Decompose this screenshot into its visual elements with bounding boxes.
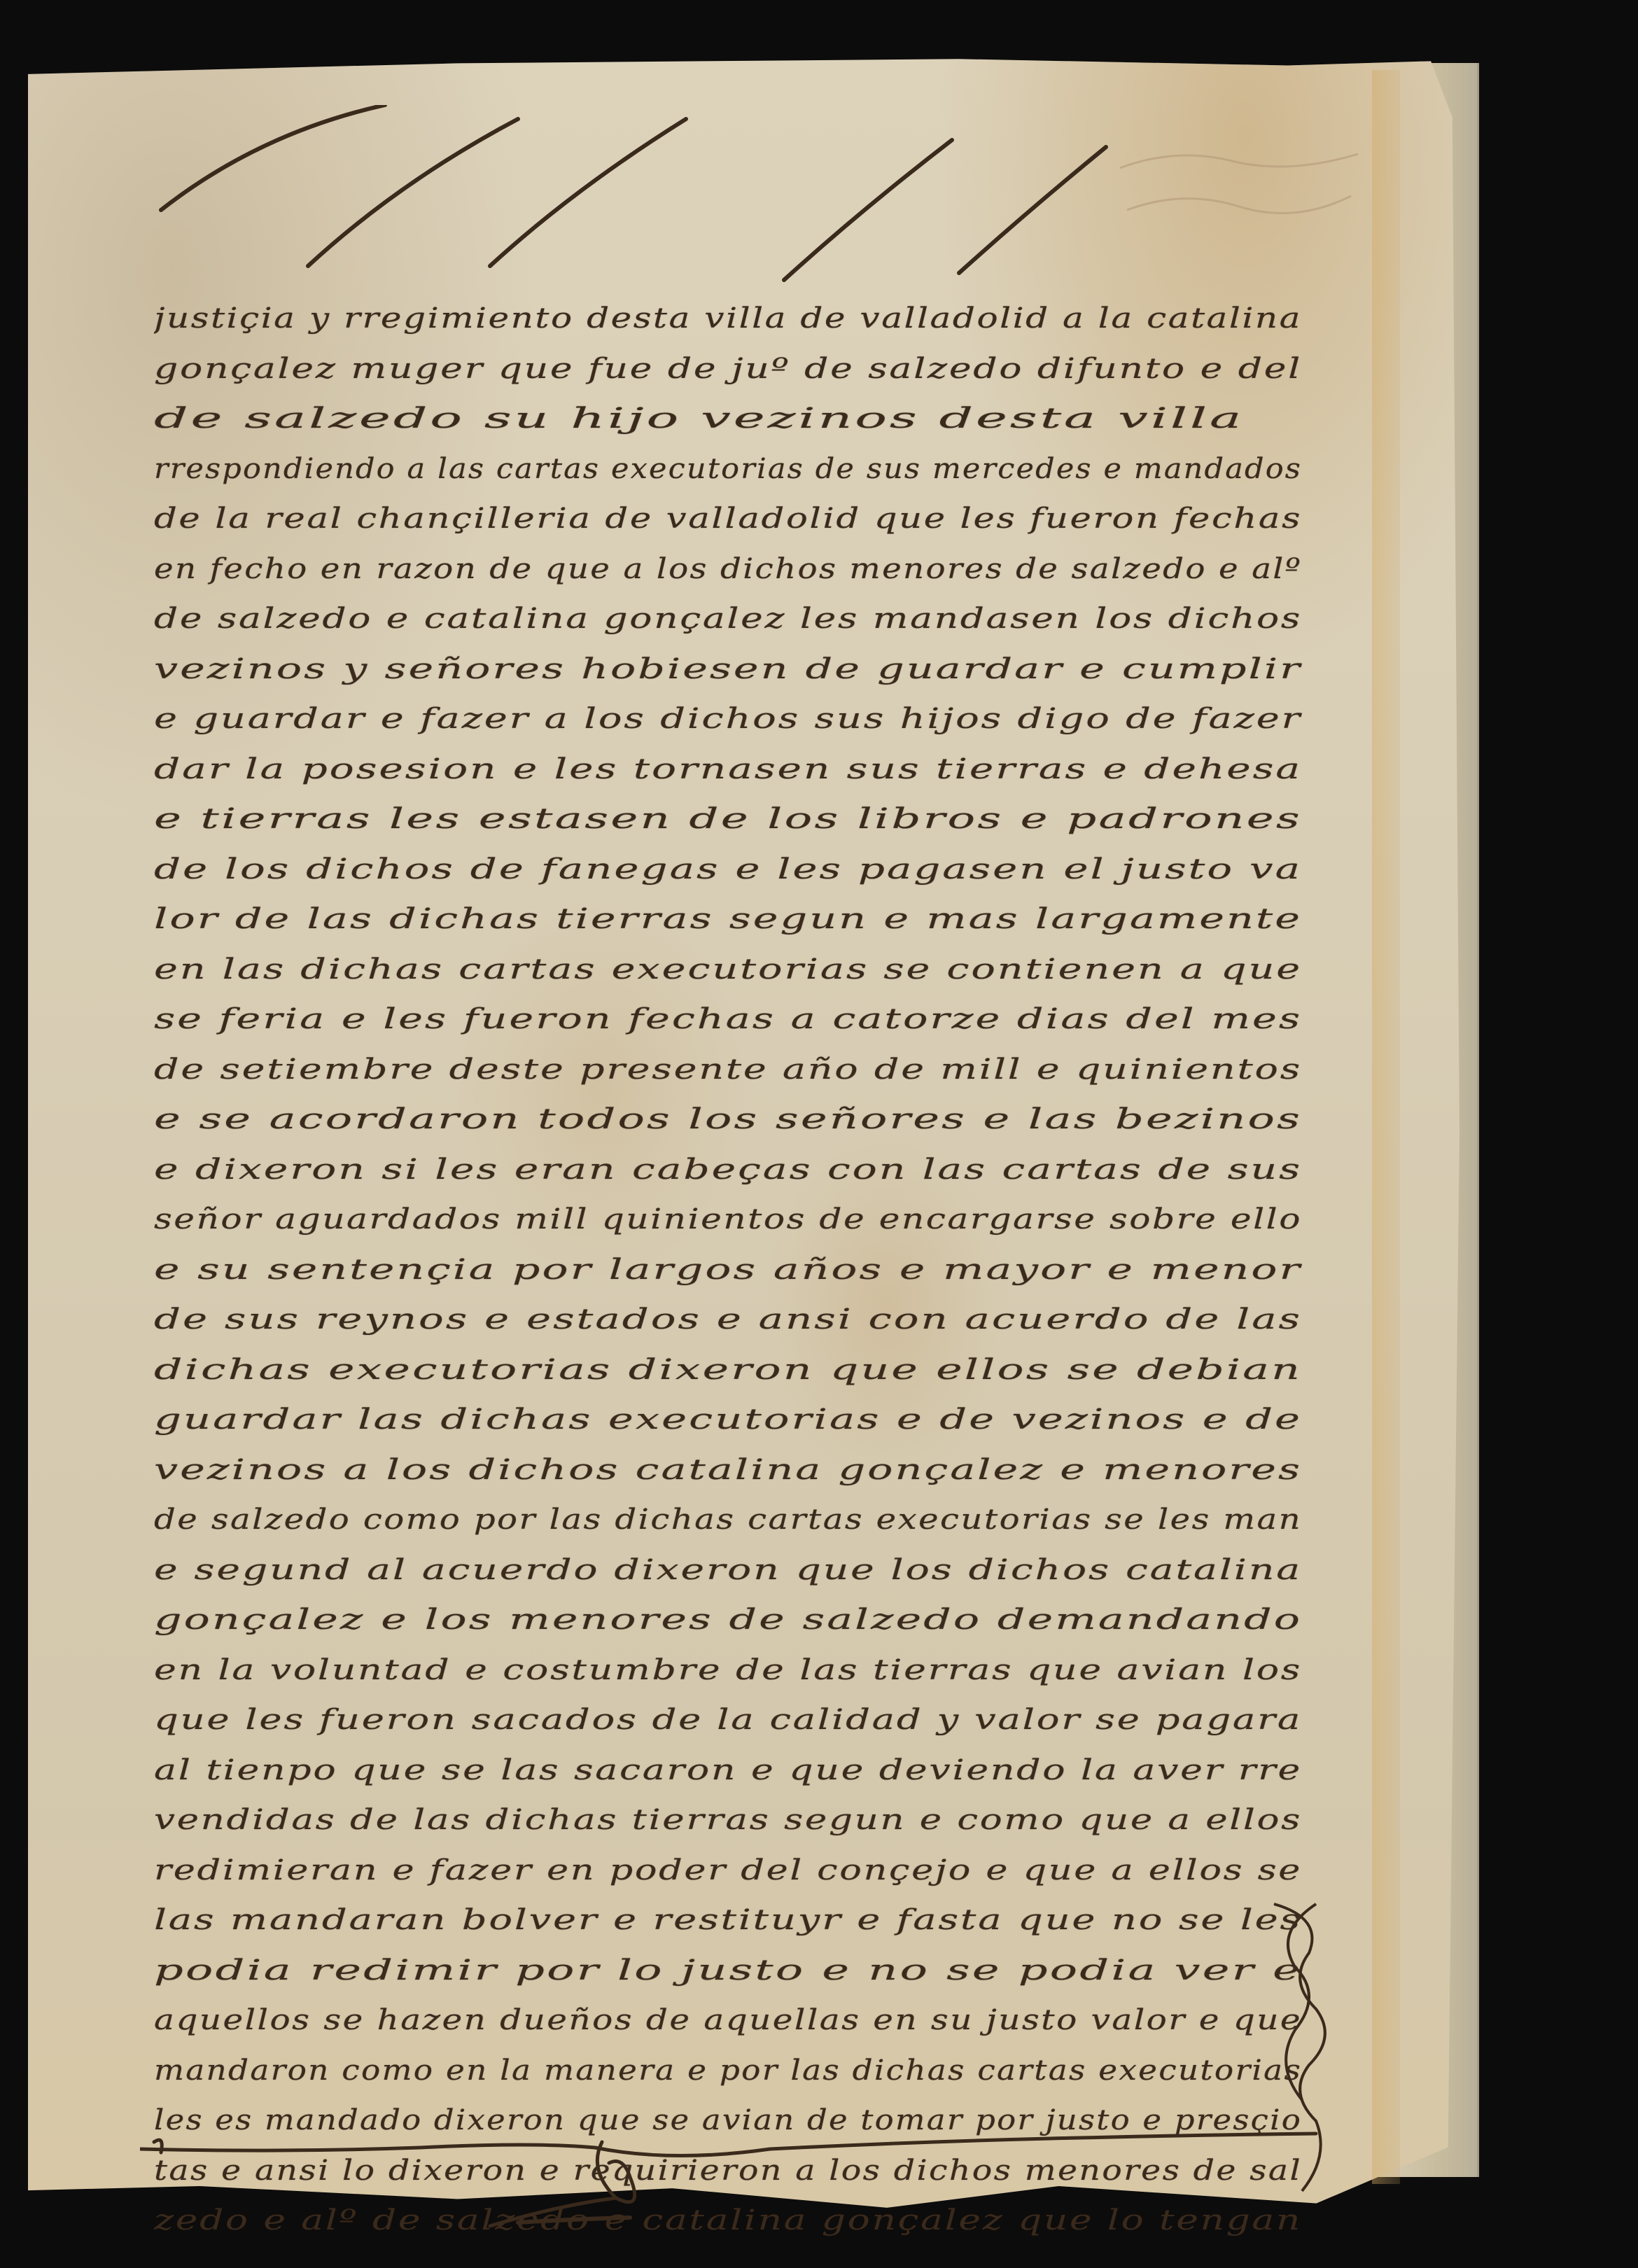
text-line: de salzedo como por las dichas cartas ex… — [154, 1495, 1386, 1546]
text-line: se feria e les fueron fechas a catorze d… — [154, 995, 1386, 1045]
text-line: de sus reynos e estados e ansi con acuer… — [154, 1295, 1386, 1345]
text-line: gonçalez muger que fue de juº de salzedo… — [154, 344, 1386, 395]
text-line: de salzedo su hijo vezinos desta villa — [154, 394, 1386, 444]
text-line: vendidas de las dichas tierras segun e c… — [154, 1795, 1386, 1846]
text-line: redimieran e fazer en poder del conçejo … — [154, 1846, 1386, 1896]
text-line: mandaron como en la manera e por las dic… — [154, 2046, 1386, 2096]
notarial-rubric: rubrica — [140, 2121, 1330, 2247]
text-line: de setiembre deste presente año de mill … — [154, 1045, 1386, 1095]
text-line: en la voluntad e costumbre de las tierra… — [154, 1646, 1386, 1696]
text-line: gonçalez e los menores de salzedo demand… — [154, 1595, 1386, 1646]
text-line: e guardar e fazer a los dichos sus hijos… — [154, 694, 1386, 745]
text-line: dichas executorias dixeron que ellos se … — [154, 1345, 1386, 1396]
text-line: e segund al acuerdo dixeron que los dich… — [154, 1546, 1386, 1596]
text-line: e su sentençia por largos años e mayor e… — [154, 1245, 1386, 1296]
text-line: señor aguardados mill quinientos de enca… — [154, 1195, 1386, 1245]
text-line: aquellos se hazen dueños de aquellas en … — [154, 1996, 1386, 2046]
text-line: e tierras les estasen de los libros e pa… — [154, 794, 1386, 845]
text-line: que les fueron sacados de la calidad y v… — [154, 1695, 1386, 1746]
text-line: de la real chançilleria de valladolid qu… — [154, 494, 1386, 545]
text-line: e dixeron si les eran cabeças con las ca… — [154, 1145, 1386, 1196]
text-line: lor de las dichas tierras segun e mas la… — [154, 895, 1386, 945]
text-line: en fecho en razon de que a los dichos me… — [154, 545, 1386, 595]
text-line: guardar las dichas executorias e de vezi… — [154, 1395, 1386, 1445]
text-line: vezinos y señores hobiesen de guardar e … — [154, 645, 1386, 695]
text-line: podia redimir por lo justo e no se podia… — [154, 1946, 1386, 1996]
manuscript-text: justiçia y rregimiento desta villa de va… — [154, 294, 1386, 2246]
text-line: de los dichos de fanegas e les pagasen e… — [154, 845, 1386, 895]
text-line: dar la posesion e les tornasen sus tierr… — [154, 745, 1386, 795]
text-line: e se acordaron todos los señores e las b… — [154, 1095, 1386, 1145]
text-line: rrespondiendo a las cartas executorias d… — [154, 444, 1386, 495]
text-line: de salzedo e catalina gonçalez les manda… — [154, 594, 1386, 645]
text-line: las mandaran bolver e restituyr e fasta … — [154, 1896, 1386, 1946]
text-line: justiçia y rregimiento desta villa de va… — [154, 294, 1386, 344]
ink-bleedthrough — [1120, 140, 1372, 280]
text-line: vezinos a los dichos catalina gonçalez e… — [154, 1445, 1386, 1496]
text-line: en las dichas cartas executorias se cont… — [154, 945, 1386, 995]
text-line: al tienpo que se las sacaron e que devie… — [154, 1746, 1386, 1796]
